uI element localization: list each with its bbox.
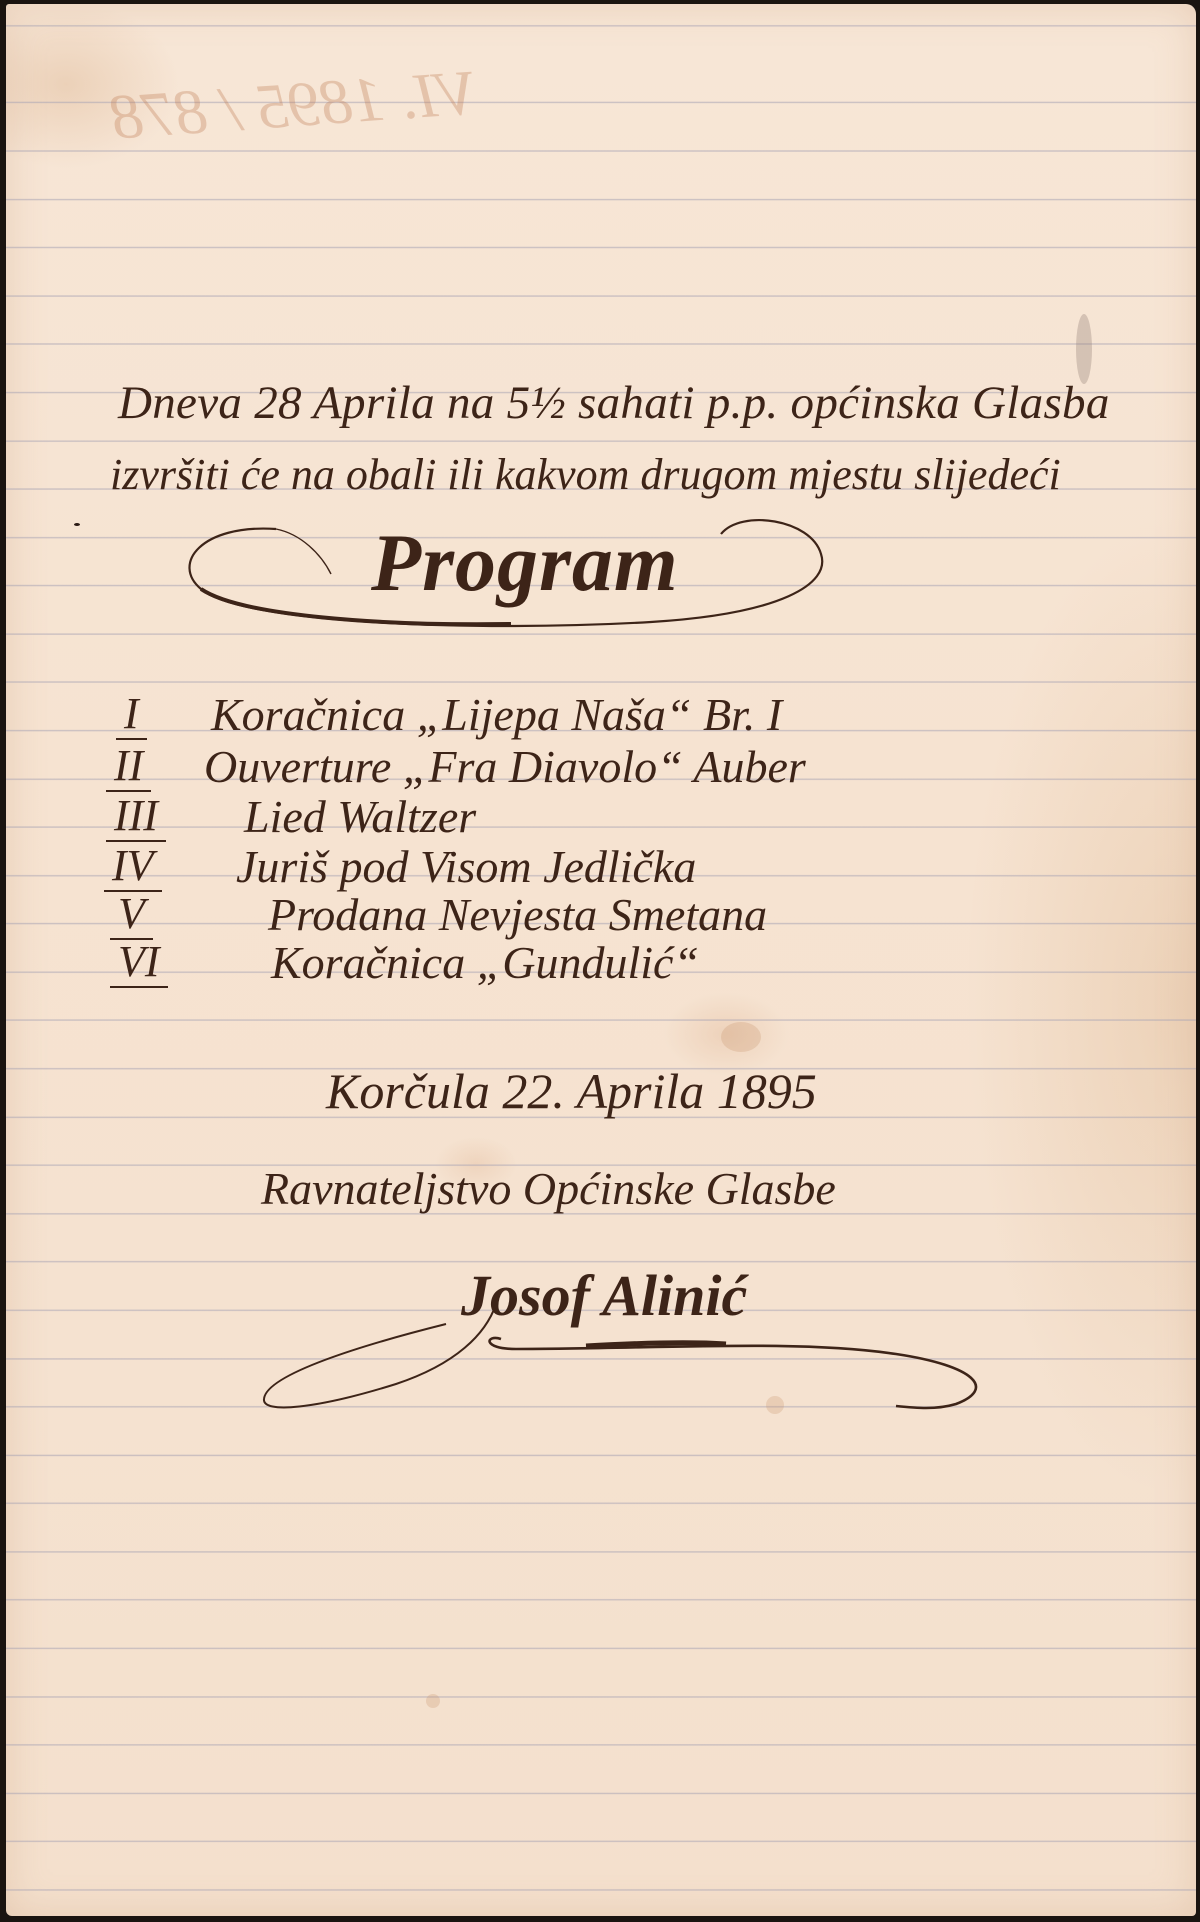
program-item: V Prodana Nevjesta Smetana	[6, 892, 1006, 942]
program-item: II Ouverture „Fra Diavolo“ Auber	[6, 744, 1006, 794]
program-item: III Lied Waltzer	[6, 794, 1006, 844]
place-date: Korčula 22. Aprila 1895	[326, 1062, 817, 1120]
item-number: V	[110, 892, 153, 940]
item-title: Lied Waltzer	[244, 794, 476, 840]
intro-line-1: Dneva 28 Aprila na 5½ sahati p.p. općins…	[118, 376, 1110, 430]
stain	[1076, 314, 1092, 384]
item-title: Koračnica „Lijepa Naša“ Br. I	[211, 692, 782, 738]
item-number: VI	[110, 940, 168, 988]
item-title: Ouverture „Fra Diavolo“ Auber	[204, 744, 806, 790]
program-heading: Program	[181, 504, 831, 639]
item-number: III	[106, 794, 166, 842]
stain	[426, 1694, 440, 1708]
intro-line-2: izvršiti će na obali ili kakvom drugom m…	[110, 449, 1061, 500]
stain	[721, 1022, 761, 1052]
ink-dot	[74, 523, 80, 526]
item-number: II	[106, 744, 151, 792]
item-title: Prodana Nevjesta Smetana	[268, 892, 767, 938]
document-page: VI. 1895 / 878 Dneva 28 Aprila na 5½ sah…	[6, 4, 1196, 1916]
bleed-through-text: VI. 1895 / 878	[134, 52, 487, 275]
program-item: I Koračnica „Lijepa Naša“ Br. I	[6, 692, 1006, 742]
signature-flourish-icon	[256, 1304, 996, 1414]
item-title: Juriš pod Visom Jedlička	[236, 844, 696, 890]
item-number: IV	[104, 844, 162, 892]
program-title: Program	[371, 516, 679, 610]
item-title: Koračnica „Gundulić“	[271, 940, 699, 986]
program-item: IV Juriš pod Visom Jedlička	[6, 844, 1006, 894]
program-item: VI Koračnica „Gundulić“	[6, 940, 1006, 990]
issuer: Ravnateljstvo Općinske Glasbe	[261, 1162, 836, 1215]
item-number: I	[116, 692, 147, 740]
